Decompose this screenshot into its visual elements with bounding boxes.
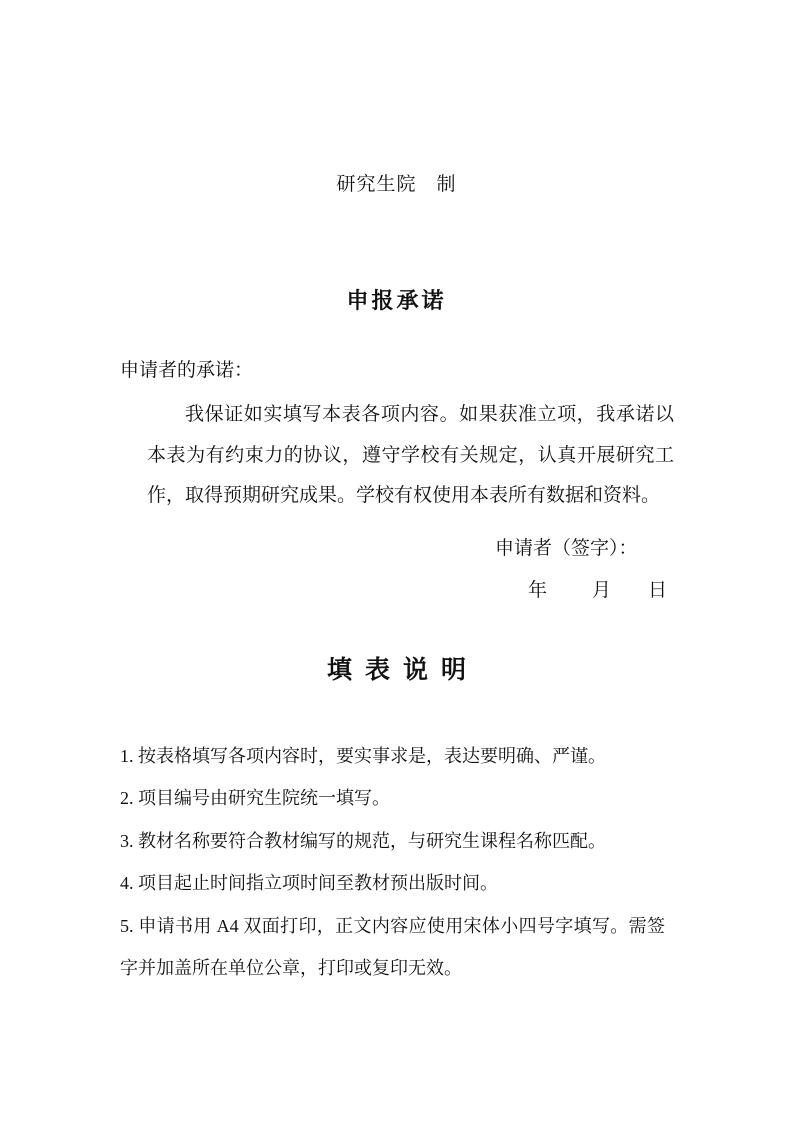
instruction-item-4: 4. 项目起止时间指立项时间至教材预出版时间。 (120, 862, 665, 904)
signature-label: 申请者（签字）： (495, 536, 638, 562)
date-month-label: 月 (592, 578, 611, 604)
instruction-item-5: 5. 申请书用 A4 双面打印，正文内容应使用宋体小四号字填写。需签字并加盖所在… (120, 905, 665, 990)
instruction-item-2: 2. 项目编号由研究生院统一填写。 (120, 777, 665, 819)
document-page: 研究生院 制 申报承诺 申请者的承诺： 我保证如实填写本表各项内容。如果获准立项… (0, 0, 793, 1122)
date-year-label: 年 (528, 578, 547, 604)
commitment-label: 申请者的承诺： (120, 359, 253, 383)
maker-line: 研究生院 制 (0, 173, 793, 197)
instruction-item-3: 3. 教材名称要符合教材编写的规范，与研究生课程名称匹配。 (120, 820, 665, 862)
date-day-label: 日 (648, 578, 667, 604)
commitment-section-title: 申报承诺 (0, 287, 793, 315)
instruction-item-1: 1. 按表格填写各项内容时，要实事求是，表达要明确、严谨。 (120, 735, 665, 777)
commitment-body-paragraph: 我保证如实填写本表各项内容。如果获准立项，我承诺以本表为有约束力的协议，遵守学校… (147, 395, 674, 517)
instructions-section-title-text: 填表说明 (314, 656, 479, 684)
instructions-list: 1. 按表格填写各项内容时，要实事求是，表达要明确、严谨。 2. 项目编号由研究… (120, 735, 665, 989)
instructions-section-title: 填表说明 (0, 654, 793, 686)
